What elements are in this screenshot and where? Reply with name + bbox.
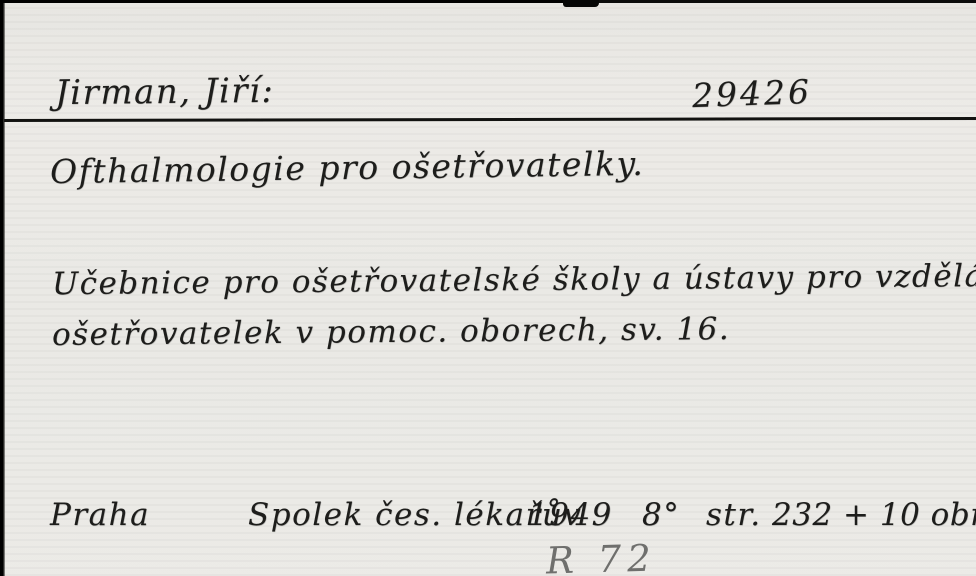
series-note-line-1: Učebnice pro ošetřovatelské školy a ústa…	[52, 258, 976, 302]
imprint-year: 1949	[528, 497, 613, 533]
scan-edge-top	[0, 0, 976, 3]
author-heading: Jirman, Jiří:	[55, 71, 275, 113]
scan-artifact-top	[563, 0, 599, 7]
imprint-place: Praha	[50, 497, 150, 533]
book-title: Ofthalmologie pro ošetřovatelky.	[50, 144, 645, 191]
imprint-format: 8°	[642, 497, 680, 533]
catalog-number: 29426	[691, 72, 812, 115]
card-header-rule	[0, 117, 976, 122]
catalog-card-scan: Jirman, Jiří: 29426 Ofthalmologie pro oš…	[0, 0, 976, 576]
imprint-line: Praha Spolek čes. lékařův 1949 8° str. 2…	[0, 497, 976, 557]
imprint-pages-label: str.	[706, 497, 762, 533]
shelf-mark-pencil: R 72	[545, 537, 657, 576]
series-note-line-2: ošetřovatelek v pomoc. oborech, sv. 16.	[52, 311, 730, 353]
imprint-collation: 232 + 10 obr. l.	[772, 497, 976, 533]
scan-edge-left	[0, 0, 5, 576]
